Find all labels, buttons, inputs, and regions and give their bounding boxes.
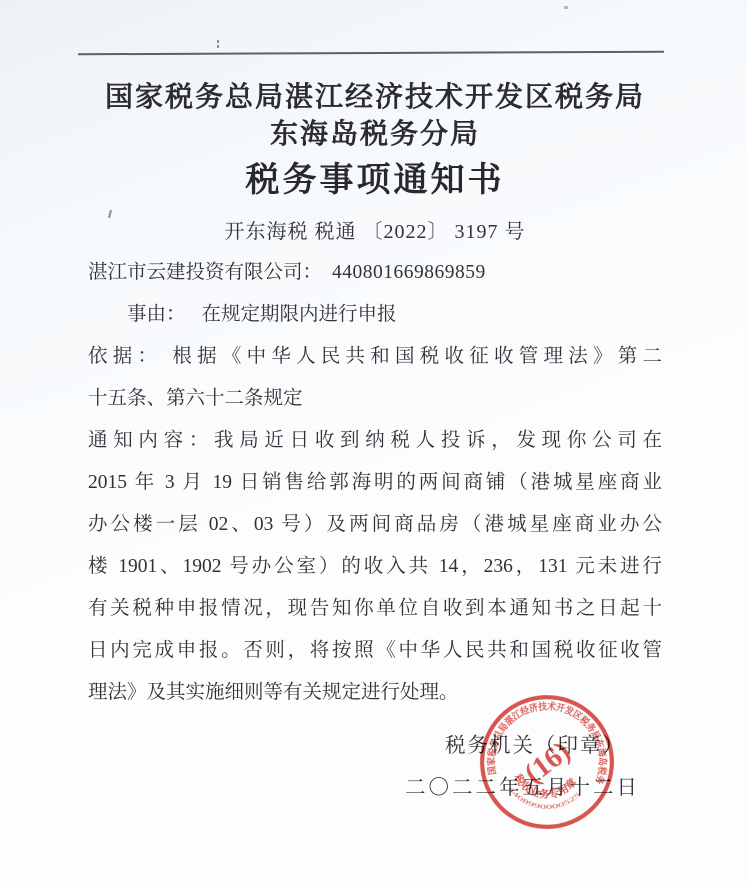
text-line: 依据： 根据《中华人民共和国税收征收管理法》第二 (88, 336, 662, 378)
text-line: 通知内容：我局近日收到纳税人投诉，发现你公司在 (88, 420, 662, 462)
text-line: 楼 1901、1902 号办公室）的收入共 14，236，131 元未进行 (88, 546, 662, 588)
text-line: 日内完成申报。否则，将按照《中华人民共和国税收征收管 (88, 630, 662, 672)
text-line: 办公楼一层 02、03 号）及两间商品房（港城星座商业办公 (88, 504, 662, 546)
subject-text: 在规定期限内进行申报 (202, 304, 397, 325)
document-title: 税务事项通知书 (88, 161, 662, 201)
subject-line: 事由：在规定期限内进行申报 (88, 294, 662, 336)
taxpayer-id: 440801669869859 (332, 262, 486, 283)
text-line: 2015 年 3 月 19 日销售给郭海明的两间商铺（港城星座商业 (88, 462, 662, 504)
subject-label: 事由： (127, 304, 186, 325)
addressee-line: 湛江市云建投资有限公司：440801669869859 (88, 252, 662, 294)
basis-paragraph: 依据： 根据《中华人民共和国税收征收管理法》第二十五条、第六十二条规定 (88, 336, 662, 420)
scanned-document-page: 国家税务总局湛江经济技术开发区税务局 东海岛税务分局 税务事项通知书 开东海税 … (0, 0, 747, 886)
issuing-org-line2: 东海岛税务分局 (88, 116, 662, 153)
addressee-name: 湛江市云建投资有限公司： (88, 262, 322, 283)
notice-content-paragraph: 通知内容：我局近日收到纳税人投诉，发现你公司在2015 年 3 月 19 日销售… (88, 420, 662, 714)
official-seal-stamp: 国家税务总局湛江经济技术开发区税务局东海岛税务分局 税收业务专用章 440899… (472, 687, 622, 837)
issuing-org-line1: 国家税务总局湛江经济技术开发区税务局 (88, 79, 662, 116)
document-body: 国家税务总局湛江经济技术开发区税务局 东海岛税务分局 税务事项通知书 开东海税 … (0, 0, 747, 803)
text-line: 有关税种申报情况，现告知你单位自收到本通知书之日起十 (88, 588, 662, 630)
document-number: 开东海税 税通 〔2022〕 3197 号 (88, 219, 662, 245)
text-line: 十五条、第六十二条规定 (88, 378, 662, 420)
